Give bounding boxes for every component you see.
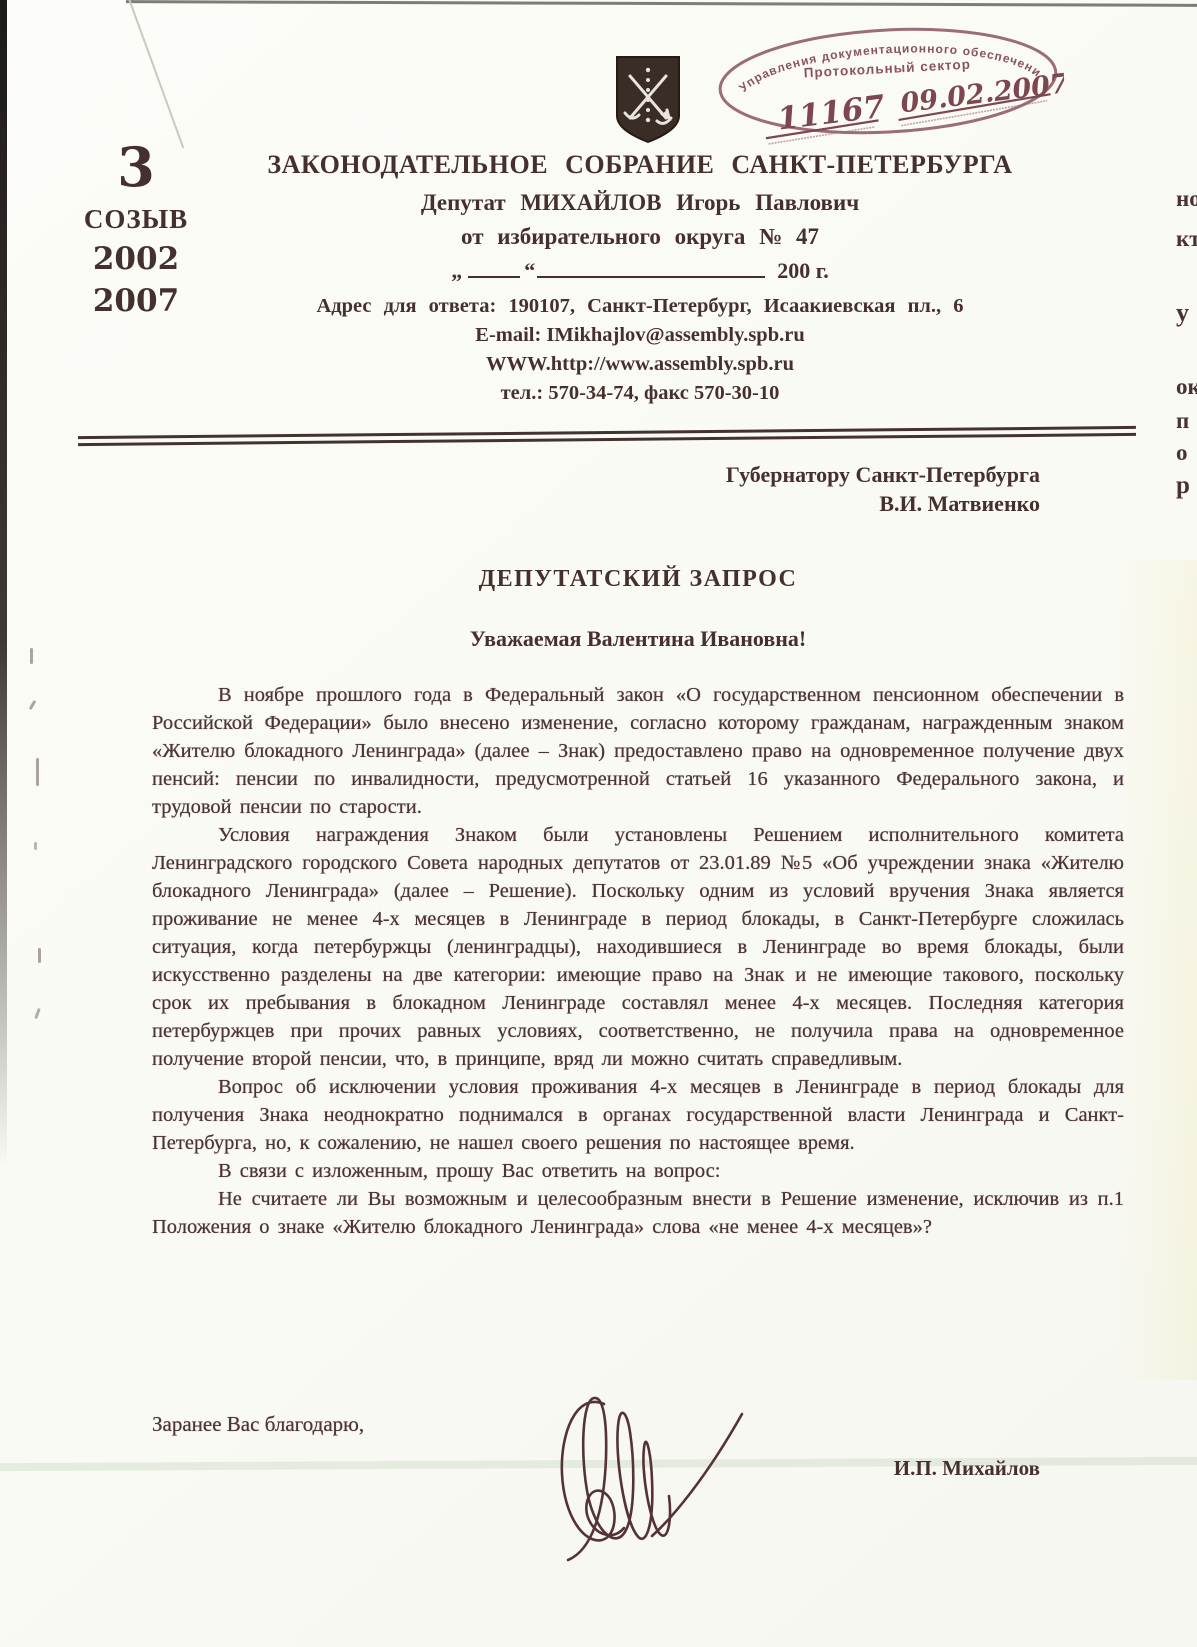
quote-open: „ xyxy=(451,258,462,283)
body-paragraph: Вопрос об исключении условия проживания … xyxy=(152,1073,1124,1157)
recipient-title: Губернатору Санкт-Петербурга xyxy=(726,460,1040,489)
registration-stamp: Управления документационного обеспечения… xyxy=(709,15,1067,149)
fold-mark xyxy=(29,700,37,710)
scanned-letter-page: Управления документационного обеспечения… xyxy=(0,0,1197,1647)
fold-mark xyxy=(38,948,41,963)
body-paragraph: В ноябре прошлого года в Федеральный зак… xyxy=(152,681,1124,821)
recipient-name: В.И. Матвиенко xyxy=(726,489,1040,518)
body-paragraph: Условия награждения Знаком были установл… xyxy=(152,821,1124,1073)
adjacent-page-fragment: п xyxy=(1176,408,1197,434)
signer-name: И.П. Михайлов xyxy=(824,1456,1040,1481)
fold-mark xyxy=(36,758,39,786)
email-line: E-mail: IMikhajlov@assembly.spb.ru xyxy=(160,324,1120,347)
closing-line: Заранее Вас благодарю, xyxy=(152,1412,364,1437)
letterhead-divider xyxy=(78,426,1136,446)
quote-close: “ xyxy=(524,258,535,283)
recipient-block: Губернатору Санкт-Петербурга В.И. Матвие… xyxy=(726,460,1040,518)
reply-address: Адрес для ответа: 190107, Санкт-Петербур… xyxy=(160,295,1120,318)
website-line: WWW.http://www.assembly.spb.ru xyxy=(160,353,1120,376)
stamp-number-handwritten: 11167 xyxy=(775,89,887,138)
fold-mark xyxy=(34,842,37,850)
adjacent-page-fragment: кт xyxy=(1176,226,1197,252)
scan-left-edge xyxy=(0,0,7,1170)
electoral-district: от избирательного округа № 47 xyxy=(160,224,1120,250)
scan-top-edge xyxy=(126,0,1197,7)
adjacent-page-fragment: но xyxy=(1176,186,1197,212)
adjacent-page-fragment: ок xyxy=(1176,374,1197,400)
year-prefix: 200 г. xyxy=(777,258,829,283)
letter-body: В ноябре прошлого года в Федеральный зак… xyxy=(152,681,1124,1241)
adjacent-page-fragment: у xyxy=(1176,298,1197,328)
scan-right-tint xyxy=(1117,560,1197,1380)
signature-ink xyxy=(540,1362,758,1572)
body-paragraph: В связи с изложенным, прошу Вас ответить… xyxy=(152,1157,1124,1185)
fold-mark xyxy=(34,1008,41,1019)
deputy-name: Депутат МИХАЙЛОВ Игорь Павлович xyxy=(160,190,1120,216)
document-title: ДЕПУТАТСКИЙ ЗАПРОС xyxy=(152,566,1124,593)
phone-line: тел.: 570-34-74, факс 570-30-10 xyxy=(160,382,1120,405)
letterhead: ЗАКОНОДАТЕЛЬНОЕ СОБРАНИЕ САНКТ-ПЕТЕРБУРГ… xyxy=(160,150,1120,405)
fold-mark xyxy=(30,648,33,664)
body-paragraph: Не считаете ли Вы возможным и целесообра… xyxy=(152,1185,1124,1241)
date-blank-day xyxy=(468,262,520,278)
coat-of-arms-icon xyxy=(612,54,684,144)
adjacent-page-fragment: р xyxy=(1176,472,1197,500)
organization-name: ЗАКОНОДАТЕЛЬНОЕ СОБРАНИЕ САНКТ-ПЕТЕРБУРГ… xyxy=(160,150,1120,180)
date-blank-line: „“200 г. xyxy=(160,258,1120,284)
adjacent-page-fragment: о xyxy=(1176,440,1197,466)
date-blank-month xyxy=(537,262,765,278)
page-fold-crease xyxy=(127,0,184,149)
salutation: Уважаемая Валентина Ивановна! xyxy=(152,626,1124,652)
